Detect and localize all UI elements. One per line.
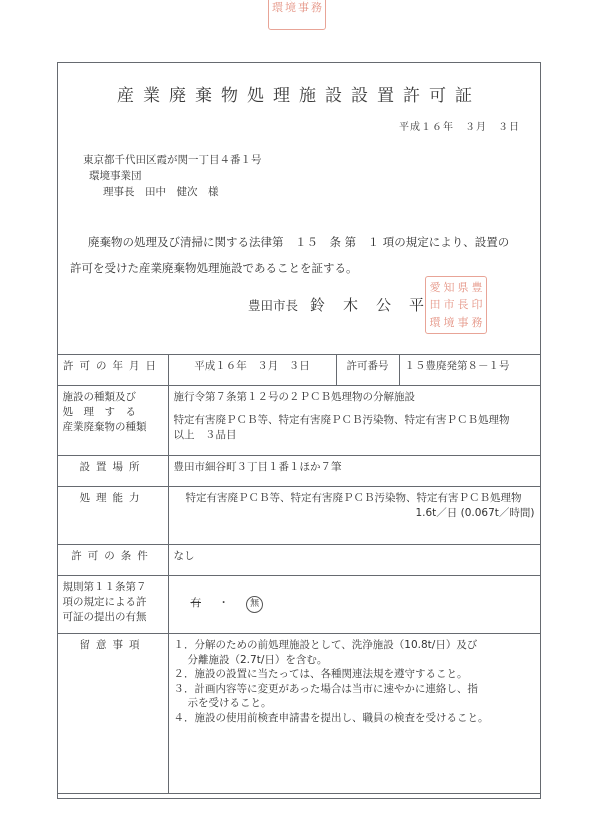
issue-date: 平成１６年 ３月 ３日 [399,118,520,133]
row-location: 設置場所 豊田市細谷町３丁目１番１ほか７筆 [57,456,540,487]
signer-title: 豊田市長 [248,298,298,313]
addressee-person: 理事長 田中 健次 様 [83,184,262,200]
conditions-label: 許可の条件 [57,545,168,576]
submission-value: 有 ・ 無 [168,576,540,634]
addressee-block: 東京都千代田区霞が関一丁目４番１号 環境事業団 理事長 田中 健次 様 [83,152,262,200]
location-label: 設置場所 [57,456,168,487]
permit-date-value: 平成１６年 ３月 ３日 [168,355,336,386]
mayor-seal-stamp: 愛知県豊 田市長印 環境事務 [425,276,487,334]
row-submission: 規則第１１条第７ 項の規定による許 可証の提出の有無 有 ・ 無 [57,576,540,634]
submission-label: 規則第１１条第７ 項の規定による許 可証の提出の有無 [57,576,168,634]
certification-statement: 廃棄物の処理及び清掃に関する法律第 １５ 条 第 １ 項の規定により、設置の 許… [70,229,530,281]
addressee-organization: 環境事業団 [83,168,262,184]
row-facility-type: 施設の種類及び 処 理 す る 産業廃棄物の種類 施行令第７条第１２号の２ＰＣＢ… [57,386,540,456]
addressee-address: 東京都千代田区霞が関一丁目４番１号 [83,152,262,168]
capacity-value: 特定有害廃ＰＣＢ等、特定有害廃ＰＣＢ汚染物、特定有害ＰＣＢ処理物 1.6t／日 … [168,487,540,545]
row-capacity: 処理能力 特定有害廃ＰＣＢ等、特定有害廃ＰＣＢ汚染物、特定有害ＰＣＢ処理物 1.… [57,487,540,545]
note-item: ４．施設の使用前検査申請書を提出し、職員の検査を受けること。 [174,711,535,726]
notes-label: 留意事項 [57,634,168,794]
note-item: １．分解のための前処理施設として、洗浄施設（10.8t/日）及び [174,638,535,653]
submission-yes: 有 [191,597,202,609]
submission-no-circled: 無 [246,596,263,613]
document-title: 産業廃棄物処理施設設置許可証 [58,81,540,106]
permit-no-label: 許可番号 [336,355,399,386]
row-conditions: 許可の条件 なし [57,545,540,576]
top-seal-stamp: 田市長印 環境事務 [268,0,326,30]
row-permit-date: 許可の年月日 平成１６年 ３月 ３日 許可番号 １５豊廃発第８－１号 [57,355,540,386]
conditions-value: なし [168,545,540,576]
permit-details-table: 許可の年月日 平成１６年 ３月 ３日 許可番号 １５豊廃発第８－１号 施設の種類… [57,354,541,794]
capacity-label: 処理能力 [57,487,168,545]
permit-no-value: １５豊廃発第８－１号 [399,355,540,386]
location-value: 豊田市細谷町３丁目１番１ほか７筆 [168,456,540,487]
note-item: ３．計画内容等に変更があった場合は当市に速やかに連絡し、指 [174,682,535,697]
facility-type-value: 施行令第７条第１２号の２ＰＣＢ処理物の分解施設 特定有害廃ＰＣＢ等、特定有害廃Ｐ… [168,386,540,456]
row-notes: 留意事項 １．分解のための前処理施設として、洗浄施設（10.8t/日）及び 分離… [57,634,540,794]
certificate-frame: 産業廃棄物処理施設設置許可証 平成１６年 ３月 ３日 東京都千代田区霞が関一丁目… [57,62,541,799]
notes-list: １．分解のための前処理施設として、洗浄施設（10.8t/日）及び 分離施設（2.… [168,634,540,794]
facility-type-label: 施設の種類及び 処 理 す る 産業廃棄物の種類 [57,386,168,456]
permit-date-label: 許可の年月日 [57,355,168,386]
signer-name: 鈴木公平 [310,296,442,314]
signer-block: 豊田市長 鈴木公平 [248,294,442,315]
note-item: ２．施設の設置に当たっては、各種関連法規を遵守すること。 [174,667,535,682]
